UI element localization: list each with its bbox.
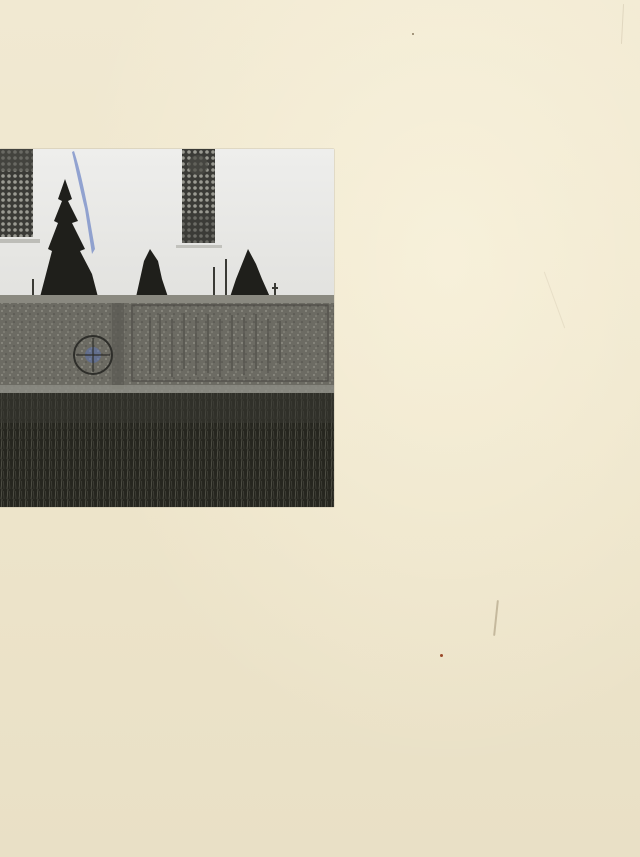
paper-crease — [544, 272, 565, 329]
paper-crease — [621, 4, 624, 44]
stone-wall — [0, 295, 334, 395]
paper-crease — [493, 600, 499, 636]
paper-spot — [440, 654, 443, 657]
album-page — [0, 0, 640, 857]
paper-spot — [412, 33, 414, 35]
mounted-photograph — [0, 149, 334, 507]
